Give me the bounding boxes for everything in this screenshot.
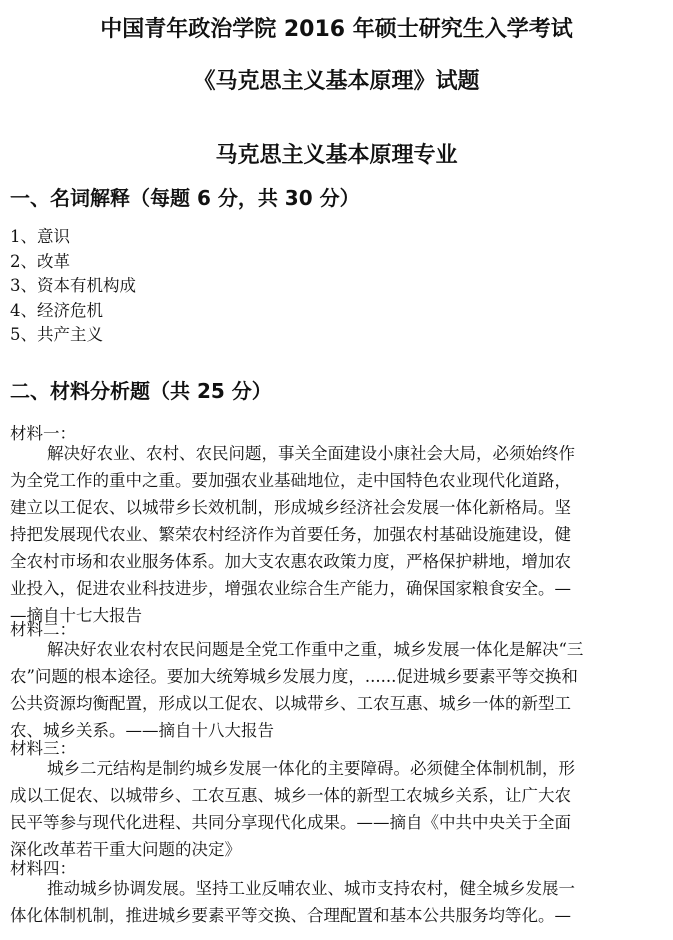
exam-title: 中国青年政治学院 2016 年硕士研究生入学考试 (0, 12, 673, 43)
text-line: 业投入，促进农业科技进步，增强农业综合生产能力，确保国家粮食安全。— (10, 575, 655, 602)
section-heading-materials: 二、材料分析题（共 25 分） (10, 375, 272, 404)
text-line: 成以工促农、以城带乡、工农互惠、城乡一体的新型工农城乡关系，让广大农 (10, 782, 655, 809)
text-line: 解决好农业农村农民问题是全党工作重中之重，城乡发展一体化是解决“三 (10, 636, 655, 663)
text-line: 农、城乡关系。——摘自十八大报告 (10, 717, 655, 744)
section-heading-terms: 一、名词解释（每题 6 分，共 30 分） (10, 182, 360, 211)
term-item: 4、经济危机 (10, 299, 136, 324)
exam-page: 中国青年政治学院 2016 年硕士研究生入学考试 《马克思主义基本原理》试题 马… (0, 0, 673, 940)
text-line: 公共资源均衡配置，形成以工促农、以城带乡、工农互惠、城乡一体的新型工 (10, 690, 655, 717)
material-paragraph: 解决好农业农村农民问题是全党工作重中之重，城乡发展一体化是解决“三 农”问题的根… (10, 636, 655, 744)
material-paragraph: 推动城乡协调发展。坚持工业反哺农业、城市支持农村，健全城乡发展一 体化体制机制，… (10, 875, 655, 929)
term-list: 1、意识 2、改革 3、资本有机构成 4、经济危机 5、共产主义 (10, 225, 136, 348)
text-line: —摘自十七大报告 (10, 602, 655, 629)
text-line: 体化体制机制，推进城乡要素平等交换、合理配置和基本公共服务均等化。— (10, 902, 655, 929)
term-item: 5、共产主义 (10, 323, 136, 348)
text-line: 为全党工作的重中之重。要加强农业基础地位，走中国特色农业现代化道路， (10, 467, 655, 494)
major-title: 马克思主义基本原理专业 (0, 138, 673, 169)
text-line: 民平等参与现代化进程、共同分享现代化成果。——摘自《中共中央关于全面 (10, 809, 655, 836)
exam-subject-title: 《马克思主义基本原理》试题 (0, 64, 673, 95)
term-item: 2、改革 (10, 250, 136, 275)
term-item: 3、资本有机构成 (10, 274, 136, 299)
text-line: 深化改革若干重大问题的决定》 (10, 836, 655, 863)
material-paragraph: 解决好农业、农村、农民问题，事关全面建设小康社会大局，必须始终作 为全党工作的重… (10, 440, 655, 629)
text-line: 推动城乡协调发展。坚持工业反哺农业、城市支持农村，健全城乡发展一 (10, 875, 655, 902)
text-line: 农”问题的根本途径。要加大统筹城乡发展力度，......促进城乡要素平等交换和 (10, 663, 655, 690)
text-line: 持把发展现代农业、繁荣农村经济作为首要任务，加强农村基础设施建设，健 (10, 521, 655, 548)
term-item: 1、意识 (10, 225, 136, 250)
text-line: 城乡二元结构是制约城乡发展一体化的主要障碍。必须健全体制机制，形 (10, 755, 655, 782)
text-line: 建立以工促农、以城带乡长效机制，形成城乡经济社会发展一体化新格局。坚 (10, 494, 655, 521)
text-line: 解决好农业、农村、农民问题，事关全面建设小康社会大局，必须始终作 (10, 440, 655, 467)
text-line: 全农村市场和农业服务体系。加大支农惠农政策力度，严格保护耕地，增加农 (10, 548, 655, 575)
material-paragraph: 城乡二元结构是制约城乡发展一体化的主要障碍。必须健全体制机制，形 成以工促农、以… (10, 755, 655, 863)
